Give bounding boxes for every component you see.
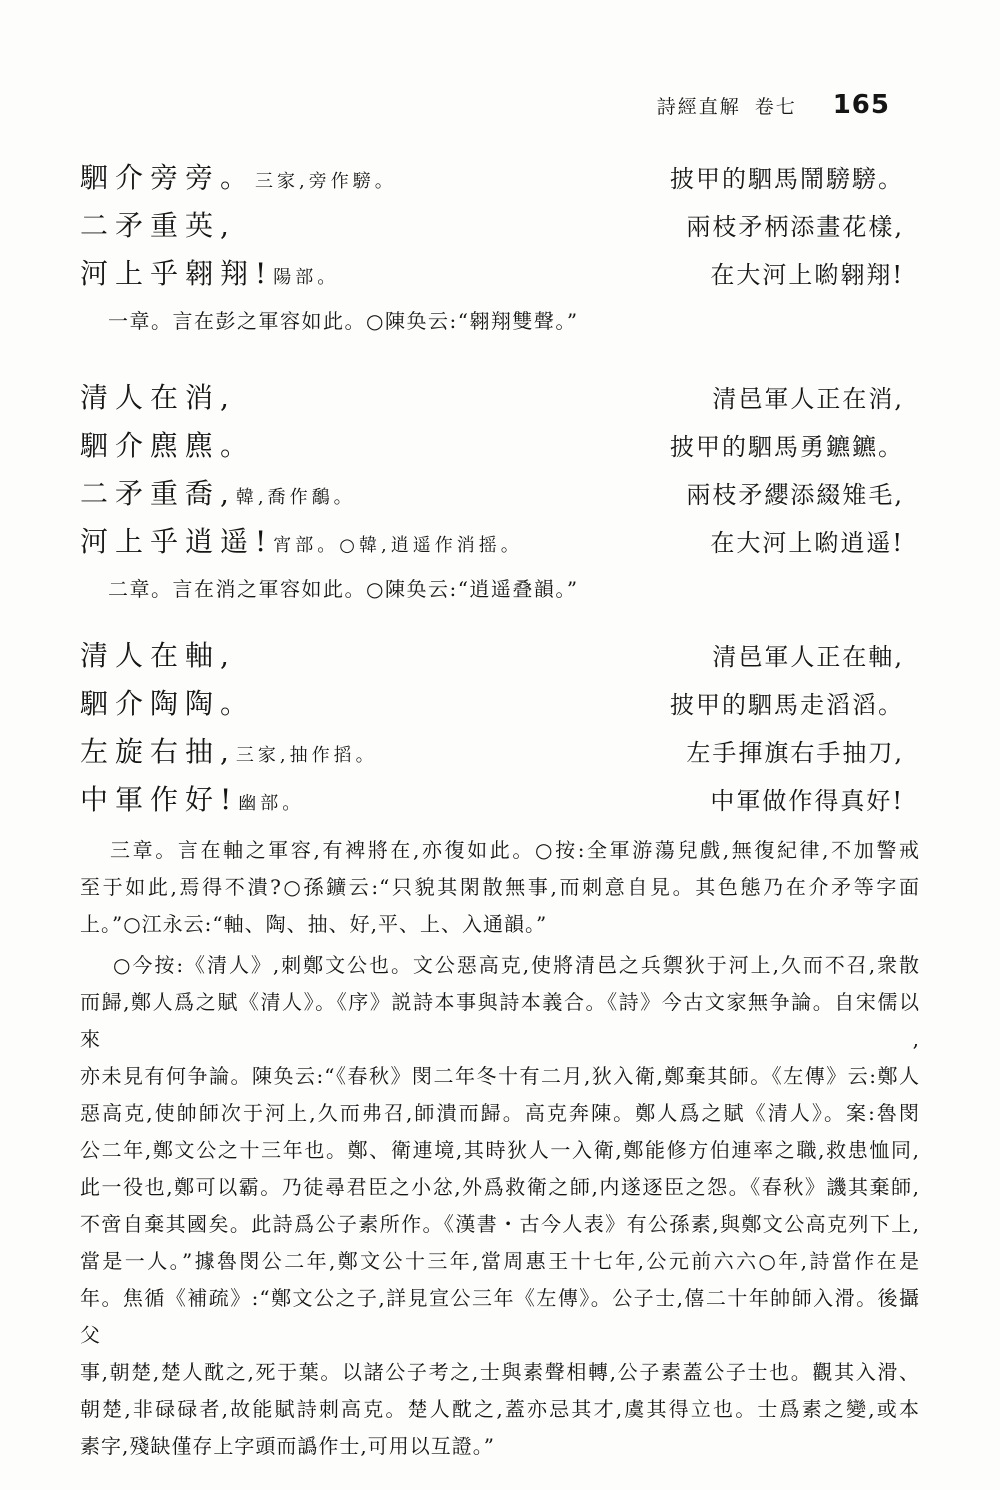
book-page: 詩經直解 卷七 165 駟介旁旁。 三家,旁作騯。 披甲的駟馬鬧騯騯。 二矛重英… [0,0,1000,1490]
poem-line-translation: 左手揮旗右手抽刀, [686,729,920,777]
poem-line-text: 二矛重喬, [80,470,236,518]
commentary-line: 惡高克,使帥師次于河上,久而弗召,師潰而歸。高克奔陳。鄭人爲之賦《清人》。案:魯… [80,1095,920,1132]
commentary-line: 事,朝楚,楚人酖之,死于葉。以諸公子考之,士與素聲相轉,公子素蓋公子士也。觀其入… [80,1354,920,1391]
poem-line-left: 駟介旁旁。 三家,旁作騯。 [80,154,397,206]
poem-line-left: 駟介麃麃。 [80,422,255,470]
poem-line-left: 中軍作好! 幽部。 [80,776,304,828]
commentary-line: 不啻自棄其國矣。此詩爲公子素所作。《漢書・古今人表》有公孫素,與鄭文公高克列下上… [80,1206,920,1243]
poem-line-translation: 清邑軍人正在軸, [712,633,920,681]
stanza-1: 駟介旁旁。 三家,旁作騯。 披甲的駟馬鬧騯騯。 二矛重英, 兩枝矛柄添畫花樣, … [80,154,920,338]
page-number: 165 [833,90,890,120]
poem-line-left: 河上乎翱翔! 陽部。 [80,250,339,302]
poem-line: 河上乎翱翔! 陽部。 在大河上喲翱翔! [80,250,920,298]
poem-line-annotation: 韓,喬作鷮。 [236,474,356,522]
commentary-line: 此一役也,鄭可以霸。乃徒尋君臣之小忿,外爲救衛之師,内遂逐臣之怨。《春秋》譏其棄… [80,1169,920,1206]
poem-line-text: 河上乎逍遥! [80,518,273,566]
poem-line-text: 二矛重英, [80,202,236,250]
poem-line-translation: 披甲的駟馬走滔滔。 [670,681,920,729]
commentary-line: 上。”○江永云:“軸、陶、抽、好,平、上、入通韻。” [80,906,920,943]
poem-line-translation: 兩枝矛柄添畫花樣, [686,203,920,251]
poem-line-translation: 披甲的駟馬鬧騯騯。 [670,155,920,203]
poem-line-text: 中軍作好! [80,776,238,824]
commentary-line: 當是一人。”據魯閔公二年,鄭文公十三年,當周惠王十七年,公元前六六○年,詩當作在… [80,1243,920,1280]
poem-line-text: 駟介麃麃。 [80,422,255,470]
stanza-note: 二章。言在消之軍容如此。○陳奂云:“逍遥叠韻。” [80,572,920,606]
commentary-line: 而歸,鄭人爲之賦《清人》。《序》説詩本事與詩本義合。《詩》今古文家無争論。自宋儒… [80,984,920,1058]
commentary-paragraph: ○今按:《清人》,刺鄭文公也。文公惡高克,使將清邑之兵禦狄于河上,久而不召,衆散… [80,947,920,1465]
commentary-line: 三章。言在軸之軍容,有裨將在,亦復如此。○按:全軍游蕩兒戲,無復紀律,不加警戒 [80,832,920,869]
commentary-line: 至于如此,焉得不潰?○孫鑛云:“只貌其閑散無事,而刺意自見。其色態乃在介矛等字面 [80,869,920,906]
poem-line-text: 清人在消, [80,374,236,422]
poem-line: 清人在軸, 清邑軍人正在軸, [80,632,920,680]
poem-line-text: 河上乎翱翔! [80,250,273,298]
commentary-line: ○今按:《清人》,刺鄭文公也。文公惡高克,使將清邑之兵禦狄于河上,久而不召,衆散 [80,947,920,984]
poem-line-left: 二矛重喬, 韓,喬作鷮。 [80,470,356,522]
poem-line: 駟介旁旁。 三家,旁作騯。 披甲的駟馬鬧騯騯。 [80,154,920,202]
chapter3-note: 三章。言在軸之軍容,有裨將在,亦復如此。○按:全軍游蕩兒戲,無復紀律,不加警戒 … [80,832,920,943]
poem-line-left: 清人在軸, [80,632,236,680]
poem-line-left: 河上乎逍遥! 宵部。○韓,逍遥作消摇。 [80,518,523,570]
poem-line: 中軍作好! 幽部。 中軍做作得真好! [80,776,920,824]
poem-line: 駟介麃麃。 披甲的駟馬勇鑣鑣。 [80,422,920,470]
commentary-line: 素字,殘缺僅存上字頭而譌作士,可用以互證。” [80,1428,920,1465]
book-title: 詩經直解 [657,92,741,119]
poem-line-left: 駟介陶陶。 [80,680,255,728]
volume-label: 卷七 [755,92,797,119]
commentary-line: 朝楚,非碌碌者,故能賦詩刺高克。楚人酖之,蓋亦忌其才,虞其得立也。士爲素之變,或… [80,1391,920,1428]
poem-line-annotation: 陽部。 [273,254,339,302]
poem-line-left: 清人在消, [80,374,236,422]
poem-line: 二矛重英, 兩枝矛柄添畫花樣, [80,202,920,250]
commentary-line: 亦未見有何争論。陳奂云:“《春秋》閔二年冬十有二月,狄入衛,鄭棄其師。《左傳》云… [80,1058,920,1095]
poem-line-text: 清人在軸, [80,632,236,680]
poem-line-annotation: 宵部。○韓,逍遥作消摇。 [273,522,522,570]
poem-line-annotation: 幽部。 [238,780,304,828]
poem-line-left: 左旋右抽, 三家,抽作搯。 [80,728,378,780]
stanza-2: 清人在消, 清邑軍人正在消, 駟介麃麃。 披甲的駟馬勇鑣鑣。 二矛重喬, 韓,喬… [80,374,920,606]
poem-line-translation: 披甲的駟馬勇鑣鑣。 [670,423,920,471]
poem-line-left: 二矛重英, [80,202,236,250]
poem-line-text: 左旋右抽, [80,728,236,776]
page-header: 詩經直解 卷七 165 [80,90,920,120]
poem-line-translation: 清邑軍人正在消, [712,375,920,423]
poem-line: 清人在消, 清邑軍人正在消, [80,374,920,422]
poem-line-translation: 兩枝矛纓添綴雉毛, [686,471,920,519]
commentary-line: 公二年,鄭文公之十三年也。鄭、衛連境,其時狄人一入衛,鄭能修方伯連率之職,救患恤… [80,1132,920,1169]
poem-line-annotation: 三家,旁作騯。 [255,158,397,206]
poem-line: 河上乎逍遥! 宵部。○韓,逍遥作消摇。 在大河上喲逍遥! [80,518,920,566]
poem-line-translation: 在大河上喲逍遥! [710,519,920,567]
poem-line-annotation: 三家,抽作搯。 [236,732,378,780]
poem-line-text: 駟介旁旁。 [80,154,255,202]
poem-line-translation: 中軍做作得真好! [710,777,920,825]
poem-line: 駟介陶陶。 披甲的駟馬走滔滔。 [80,680,920,728]
stanza-3: 清人在軸, 清邑軍人正在軸, 駟介陶陶。 披甲的駟馬走滔滔。 左旋右抽, 三家,… [80,632,920,824]
poem-line-translation: 在大河上喲翱翔! [710,251,920,299]
poem-line: 左旋右抽, 三家,抽作搯。 左手揮旗右手抽刀, [80,728,920,776]
poem-line: 二矛重喬, 韓,喬作鷮。 兩枝矛纓添綴雉毛, [80,470,920,518]
commentary-line: 年。焦循《補疏》:“鄭文公之子,詳見宣公三年《左傳》。公子士,僖二十年帥師入滑。… [80,1280,920,1354]
stanza-note: 一章。言在彭之軍容如此。○陳奂云:“翱翔雙聲。” [80,304,920,338]
page-content: 詩經直解 卷七 165 駟介旁旁。 三家,旁作騯。 披甲的駟馬鬧騯騯。 二矛重英… [80,0,920,1465]
poem-line-text: 駟介陶陶。 [80,680,255,728]
